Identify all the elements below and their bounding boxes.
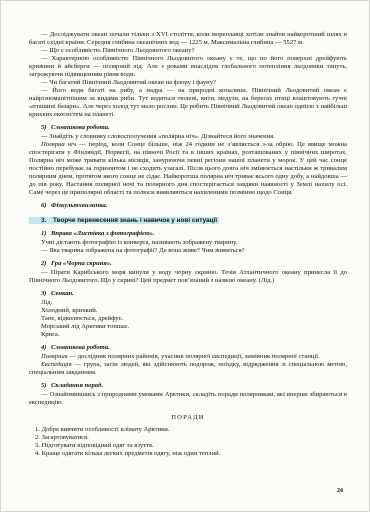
subitem-title: Гра «Чорна скриня». xyxy=(51,260,112,267)
subitem-title: Фізкультхвилинка. xyxy=(51,202,107,209)
exercise-text: — Пірати Карибського моря кинули у воду … xyxy=(29,269,347,285)
subitem-title: Складання порад. xyxy=(51,382,103,389)
senkan-line: Холодний, крихкий. xyxy=(29,307,347,315)
subitem-heading-exercise-postcard: 1)Вправа «Листівка з фотографією». xyxy=(29,230,347,238)
subitem-number: 6) xyxy=(41,202,51,210)
page-number: 24 xyxy=(337,487,343,495)
subitem-heading-vocab-work: 5)Словникова робота. xyxy=(29,124,347,132)
subitem-heading-advice-making: 5)Складання порад. xyxy=(29,382,347,390)
advice-item: 3. Підготувати відповідний одяг та взутт… xyxy=(35,442,347,450)
section-heading: 3.Творче перенесення знань і навичок у н… xyxy=(29,217,347,225)
subitem-number: 3) xyxy=(41,290,51,298)
subitem-number: 5) xyxy=(41,382,51,390)
advice-item: 1. Добре вивчити особливості клімату Арк… xyxy=(35,426,347,434)
subitem-heading-phys-minute: 6)Фізкультхвилинка. xyxy=(29,202,347,210)
senkan-line: Морський лід Арктики тоншає. xyxy=(29,323,347,331)
dictionary-definition: — дослідник полярних районів, учасник по… xyxy=(68,353,320,360)
subitem-title: Словникова робота. xyxy=(51,124,110,131)
subitem-title: Вправа «Листівка з фотографією». xyxy=(51,230,155,237)
dictionary-term: Експедиція xyxy=(41,361,72,368)
advice-item: 2. Загартовуватися. xyxy=(35,434,347,442)
dialogue-question: — Чи багатий Північний Льодовитий океан … xyxy=(29,79,347,87)
dialogue-paragraph: — Досліджувати океан почали тільки з XVI… xyxy=(29,31,347,47)
dictionary-term: Полярна ніч xyxy=(41,141,76,148)
senkan-line: Крига. xyxy=(29,331,347,339)
definition-paragraph: Полярник — дослідник полярних районів, у… xyxy=(29,353,347,361)
dictionary-term: Полярник xyxy=(41,353,68,360)
subitem-heading-senkan: 3)Сенкан. xyxy=(29,290,347,298)
exercise-text: Учні дістають фотографію із конверта, на… xyxy=(29,239,347,247)
exercise-question: — Яка тварина зображена на фотографії? Д… xyxy=(29,247,347,255)
subitem-heading-game-black-chest: 2)Гра «Чорна скриня». xyxy=(29,260,347,268)
subitem-title: Сенкан. xyxy=(51,290,74,297)
dictionary-definition: — період, коли Сонце більше, ніж 24 годи… xyxy=(29,141,347,196)
subitem-number: 5) xyxy=(41,124,51,132)
subitem-number: 2) xyxy=(41,260,51,268)
book-page: — Досліджувати океан почали тільки з XVI… xyxy=(0,0,370,512)
definition-paragraph: Полярна ніч — період, коли Сонце більше,… xyxy=(29,141,347,197)
senkan-line: Тане, відколюється, дрейфує. xyxy=(29,315,347,323)
dialogue-question: — Що є особливістю Північного Льодовитог… xyxy=(29,47,347,55)
dialogue-paragraph: — Характерною особливістю Північного Льо… xyxy=(29,55,347,79)
advice-list-title: ПОРАДИ xyxy=(29,414,347,422)
definition-paragraph: Експедиція — група, загін людей, які зді… xyxy=(29,361,347,377)
subitem-number: 4) xyxy=(41,344,51,352)
dialogue-paragraph: — Його води багаті на рибу, а надра — на… xyxy=(29,87,347,119)
section-heading-highlight: 3.Творче перенесення знань і навичок у н… xyxy=(29,217,219,224)
dictionary-definition: — група, загін людей, які здійснюють под… xyxy=(29,361,347,376)
subitem-title: Словникова робота. xyxy=(51,344,110,351)
senkan-line: Лід. xyxy=(29,299,347,307)
task-line: — Знайдіть у словнику словосполучення «п… xyxy=(29,133,347,141)
subitem-number: 1) xyxy=(41,230,51,238)
advice-item: 4. Краще одягати кілька легких предметів… xyxy=(35,450,347,458)
task-line: — Ознайомившись з природними умовами Арк… xyxy=(29,391,347,407)
subitem-heading-vocab-work-2: 4)Словникова робота. xyxy=(29,344,347,352)
section-number: 3. xyxy=(41,217,53,225)
section-title: Творче перенесення знань і навичок у нов… xyxy=(53,217,217,224)
